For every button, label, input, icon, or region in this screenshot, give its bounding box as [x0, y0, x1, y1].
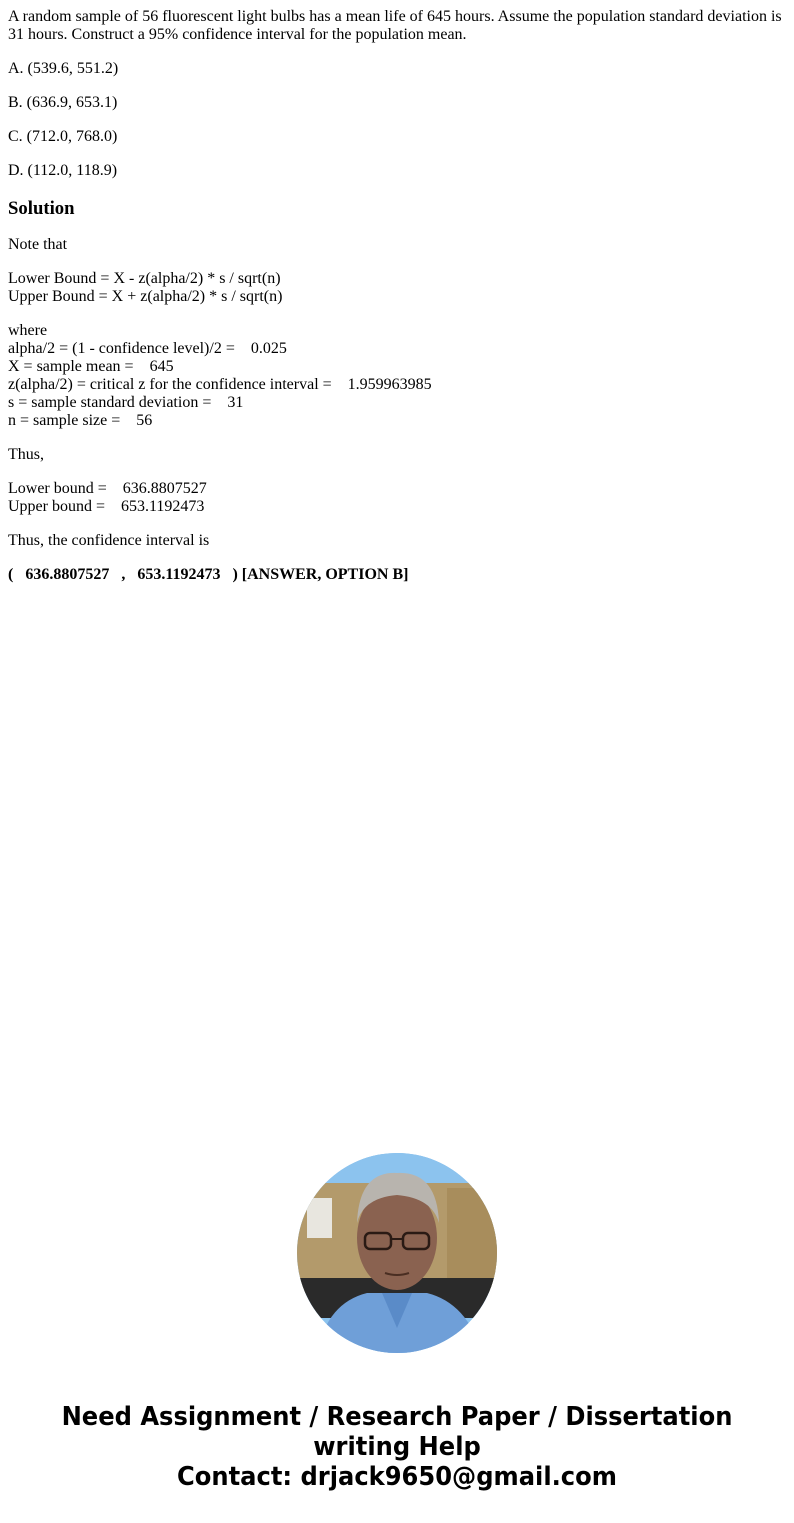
upper-bound-value: Upper bound = 653.1192473 [8, 498, 786, 516]
formulas-block: Lower Bound = X - z(alpha/2) * s / sqrt(… [8, 270, 786, 306]
definition-alpha: alpha/2 = (1 - confidence level)/2 = 0.0… [8, 340, 786, 358]
final-answer: ( 636.8807527 , 653.1192473 ) [ANSWER, O… [8, 566, 786, 584]
bounds-block: Lower bound = 636.8807527 Upper bound = … [8, 480, 786, 516]
question-text: A random sample of 56 fluorescent light … [8, 8, 786, 44]
solution-heading: Solution [8, 198, 786, 220]
definition-mean: X = sample mean = 645 [8, 358, 786, 376]
definition-n: n = sample size = 56 [8, 412, 786, 430]
lower-bound-formula: Lower Bound = X - z(alpha/2) * s / sqrt(… [8, 270, 786, 288]
definitions-block: where alpha/2 = (1 - confidence level)/2… [8, 322, 786, 430]
option-d: D. (112.0, 118.9) [8, 162, 786, 180]
thus-label: Thus, [8, 446, 786, 464]
conclusion-text: Thus, the confidence interval is [8, 532, 786, 550]
option-b: B. (636.9, 653.1) [8, 94, 786, 112]
where-label: where [8, 322, 786, 340]
note-text: Note that [8, 236, 786, 254]
definition-z: z(alpha/2) = critical z for the confiden… [8, 376, 786, 394]
person-portrait-icon [297, 1153, 497, 1353]
promo-line-2: writing Help [28, 1432, 766, 1462]
promo-banner: Need Assignment / Research Paper / Disse… [28, 1402, 766, 1492]
lower-bound-value: Lower bound = 636.8807527 [8, 480, 786, 498]
promo-line-1: Need Assignment / Research Paper / Disse… [28, 1402, 766, 1432]
definition-s: s = sample standard deviation = 31 [8, 394, 786, 412]
upper-bound-formula: Upper Bound = X + z(alpha/2) * s / sqrt(… [8, 288, 786, 306]
option-a: A. (539.6, 551.2) [8, 60, 786, 78]
author-avatar [297, 1153, 497, 1353]
promo-contact: Contact: drjack9650@gmail.com [28, 1462, 766, 1492]
option-c: C. (712.0, 768.0) [8, 128, 786, 146]
document-body: A random sample of 56 fluorescent light … [8, 0, 786, 600]
